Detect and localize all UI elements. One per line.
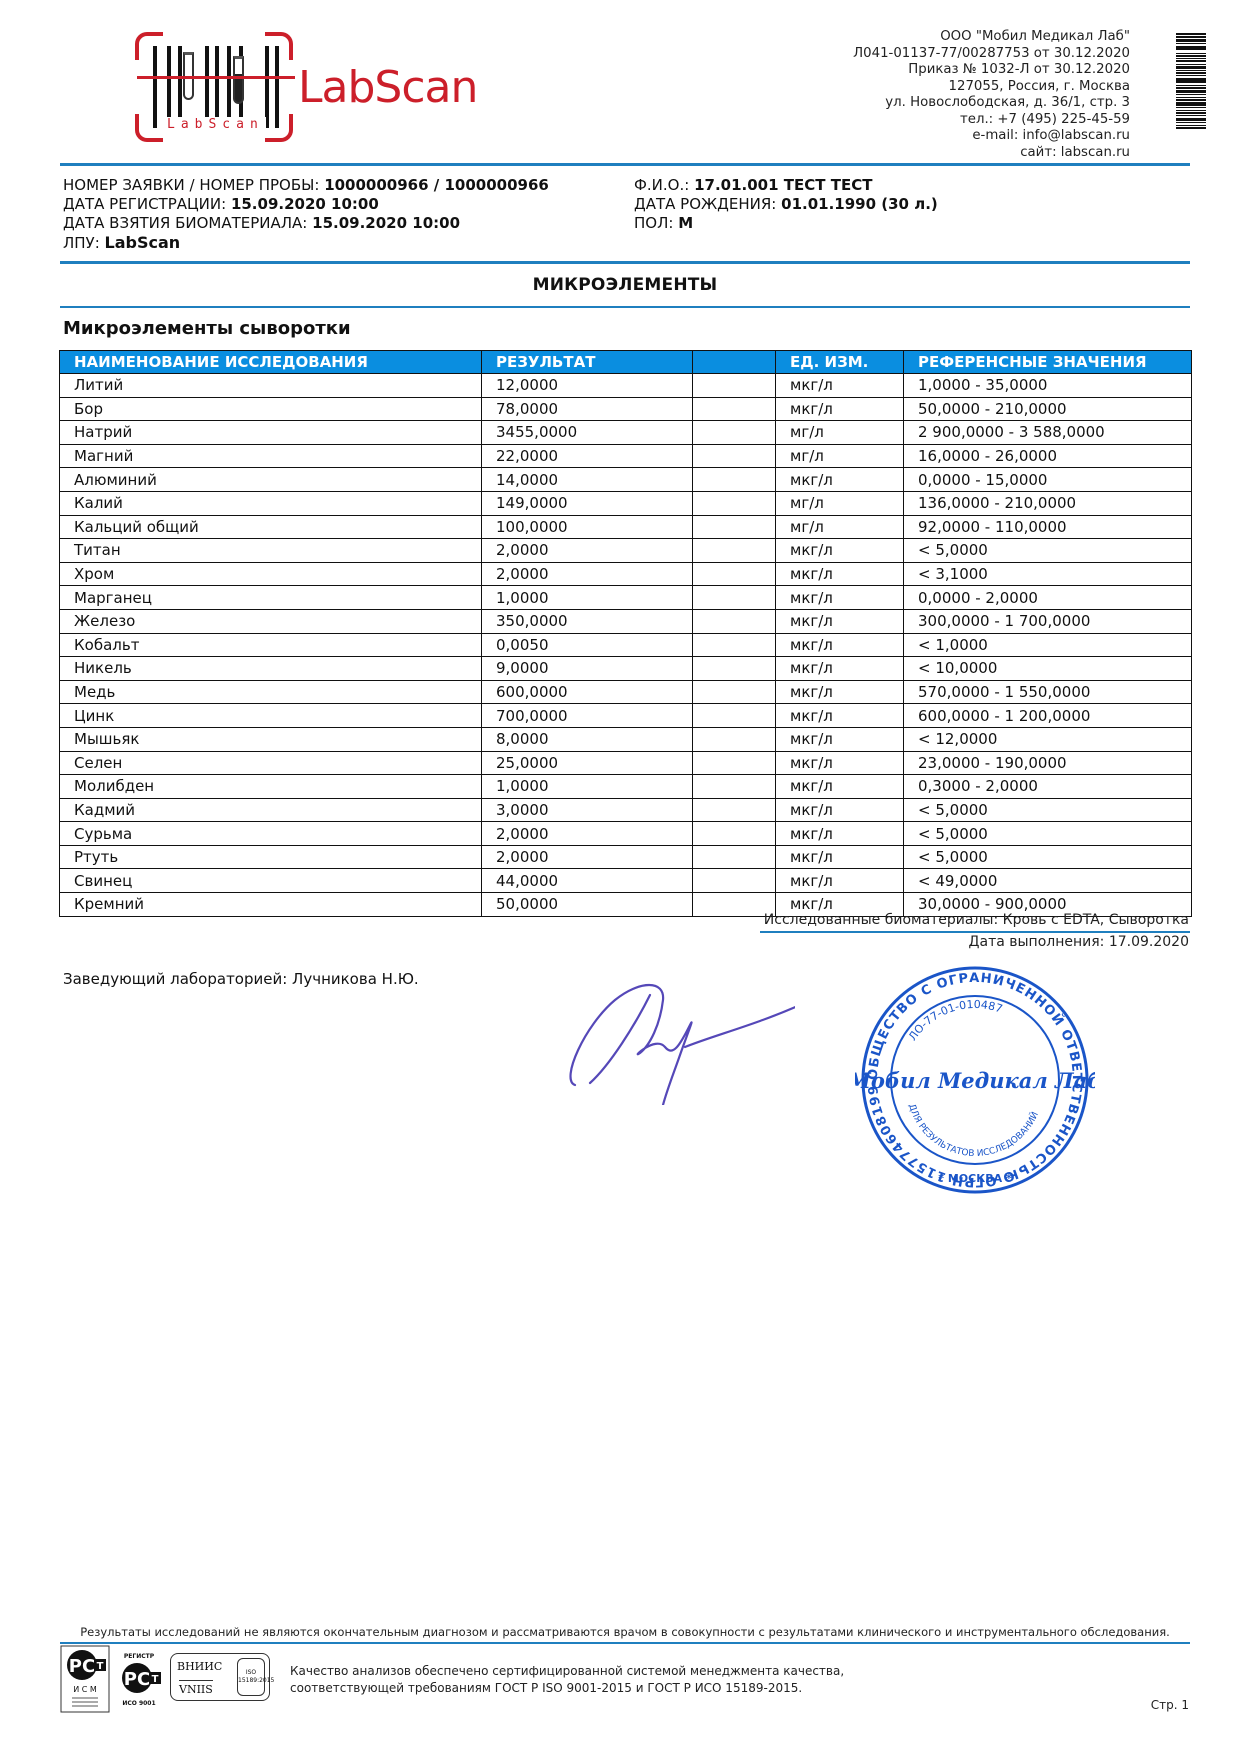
signature-image <box>555 965 795 1105</box>
test-name: Марганец <box>60 586 482 610</box>
quality-statement: Качество анализов обеспечено сертифициро… <box>290 1663 844 1697</box>
unit: мг/л <box>776 515 904 539</box>
unit: мкг/л <box>776 704 904 728</box>
result-flag <box>693 751 776 775</box>
table-row: Ртуть2,0000мкг/л< 5,0000 <box>60 845 1192 869</box>
test-name: Селен <box>60 751 482 775</box>
certification-logos: РС Т И С М РЕГИСТР РС Т ИСО 9001 ВНИИС V… <box>60 1645 275 1715</box>
test-tube-icon <box>233 56 244 104</box>
reference-range: 136,0000 - 210,0000 <box>904 491 1192 515</box>
reference-range: < 3,1000 <box>904 562 1192 586</box>
result-flag <box>693 444 776 468</box>
rst-ism-certificate-icon: РС Т И С М <box>60 1645 110 1713</box>
result-value: 44,0000 <box>482 869 693 893</box>
test-name: Молибден <box>60 775 482 799</box>
result-value: 2,0000 <box>482 562 693 586</box>
barcode-icon <box>153 46 283 128</box>
page-number: Стр. 1 <box>1151 1698 1189 1712</box>
reference-range: < 5,0000 <box>904 539 1192 563</box>
result-value: 0,0050 <box>482 633 693 657</box>
result-flag <box>693 491 776 515</box>
svg-text:РС: РС <box>124 1669 150 1690</box>
test-name: Ртуть <box>60 845 482 869</box>
test-name: Бор <box>60 397 482 421</box>
table-row: Кадмий3,0000мкг/л< 5,0000 <box>60 798 1192 822</box>
patient-name-row: Ф.И.О.: 17.01.001 ТЕСТ ТЕСТ <box>634 176 938 195</box>
birth-date: 01.01.1990 (30 л.) <box>781 195 938 213</box>
test-name: Кальций общий <box>60 515 482 539</box>
result-value: 2,0000 <box>482 822 693 846</box>
stamp-center-text: «Мобил Медикал Лаб» <box>855 1068 1095 1093</box>
divider <box>60 1642 1190 1644</box>
rst-iso9001-registry-icon: РЕГИСТР РС Т ИСО 9001 <box>115 1650 165 1710</box>
unit: мкг/л <box>776 798 904 822</box>
unit: мкг/л <box>776 586 904 610</box>
unit: мкг/л <box>776 374 904 398</box>
stamp-license: ЛО-77-01-010487 <box>906 998 1004 1043</box>
test-name: Магний <box>60 444 482 468</box>
test-name: Цинк <box>60 704 482 728</box>
table-row: Магний22,0000мг/л16,0000 - 26,0000 <box>60 444 1192 468</box>
logo-brand-text: LabScan <box>298 62 477 113</box>
scan-line <box>137 76 295 79</box>
sex-value: М <box>678 214 693 232</box>
birth-date-row: ДАТА РОЖДЕНИЯ: 01.01.1990 (30 л.) <box>634 195 938 214</box>
result-value: 3455,0000 <box>482 421 693 445</box>
result-flag <box>693 397 776 421</box>
divider <box>60 306 1190 308</box>
company-info: ООО "Мобил Медикал Лаб" Л041-01137-77/00… <box>853 29 1130 161</box>
unit: мкг/л <box>776 775 904 799</box>
biomaterials-note: Исследованные биоматериалы: Кровь с EDTA… <box>764 912 1189 928</box>
patient-name: 17.01.001 ТЕСТ ТЕСТ <box>694 176 872 194</box>
registration-date-row: ДАТА РЕГИСТРАЦИИ: 15.09.2020 10:00 <box>63 195 549 214</box>
test-name: Железо <box>60 609 482 633</box>
vniis-certificate-icon: ВНИИС VNIIS ISO 15189:2015 <box>170 1653 270 1701</box>
reference-range: < 5,0000 <box>904 798 1192 822</box>
company-email: e-mail: info@labscan.ru <box>853 128 1130 145</box>
order-number-row: НОМЕР ЗАЯВКИ / НОМЕР ПРОБЫ: 1000000966 /… <box>63 176 549 195</box>
reference-range: 1,0000 - 35,0000 <box>904 374 1192 398</box>
unit: мкг/л <box>776 397 904 421</box>
result-flag <box>693 562 776 586</box>
svg-text:И С М: И С М <box>73 1685 97 1694</box>
column-header-name: НАИМЕНОВАНИЕ ИССЛЕДОВАНИЯ <box>60 351 482 374</box>
result-flag <box>693 421 776 445</box>
table-row: Свинец44,0000мкг/л< 49,0000 <box>60 869 1192 893</box>
table-row: Никель9,0000мкг/л< 10,0000 <box>60 657 1192 681</box>
table-row: Натрий3455,0000мг/л2 900,0000 - 3 588,00… <box>60 421 1192 445</box>
company-site: сайт: labscan.ru <box>853 145 1130 162</box>
unit: мг/л <box>776 491 904 515</box>
table-row: Кальций общий100,0000мг/л92,0000 - 110,0… <box>60 515 1192 539</box>
svg-text:РЕГИСТР: РЕГИСТР <box>124 1653 155 1660</box>
table-row: Марганец1,0000мкг/л0,0000 - 2,0000 <box>60 586 1192 610</box>
reference-range: < 5,0000 <box>904 822 1192 846</box>
result-flag <box>693 586 776 610</box>
result-value: 2,0000 <box>482 539 693 563</box>
table-row: Титан2,0000мкг/л< 5,0000 <box>60 539 1192 563</box>
result-value: 1,0000 <box>482 586 693 610</box>
unit: мкг/л <box>776 751 904 775</box>
result-value: 50,0000 <box>482 893 693 917</box>
test-name: Кадмий <box>60 798 482 822</box>
result-flag <box>693 845 776 869</box>
registration-date: 15.09.2020 10:00 <box>231 195 379 213</box>
svg-text:ИСО 9001: ИСО 9001 <box>122 1700 155 1707</box>
results-table: НАИМЕНОВАНИЕ ИССЛЕДОВАНИЯ РЕЗУЛЬТАТ ЕД. … <box>59 350 1192 917</box>
logo-small-text: LabScan <box>165 117 266 132</box>
result-flag <box>693 704 776 728</box>
table-row: Медь600,0000мкг/л570,0000 - 1 550,0000 <box>60 680 1192 704</box>
labscan-logo: LabScan LabScan <box>135 32 505 150</box>
result-flag <box>693 657 776 681</box>
table-row: Селен25,0000мкг/л23,0000 - 190,0000 <box>60 751 1192 775</box>
result-flag <box>693 539 776 563</box>
sample-date-row: ДАТА ВЗЯТИЯ БИОМАТЕРИАЛА: 15.09.2020 10:… <box>63 214 549 233</box>
subsection-title: Микроэлементы сыворотки <box>63 318 351 339</box>
result-value: 25,0000 <box>482 751 693 775</box>
test-name: Мышьяк <box>60 727 482 751</box>
order-info: НОМЕР ЗАЯВКИ / НОМЕР ПРОБЫ: 1000000966 /… <box>63 176 549 253</box>
test-name: Хром <box>60 562 482 586</box>
unit: мг/л <box>776 444 904 468</box>
result-value: 8,0000 <box>482 727 693 751</box>
patient-info: Ф.И.О.: 17.01.001 ТЕСТ ТЕСТ ДАТА РОЖДЕНИ… <box>634 176 938 233</box>
result-flag <box>693 680 776 704</box>
table-row: Бор78,0000мкг/л50,0000 - 210,0000 <box>60 397 1192 421</box>
reference-range: < 10,0000 <box>904 657 1192 681</box>
test-name: Сурьма <box>60 822 482 846</box>
test-name: Натрий <box>60 421 482 445</box>
table-row: Сурьма2,0000мкг/л< 5,0000 <box>60 822 1192 846</box>
test-name: Кобальт <box>60 633 482 657</box>
reference-range: 16,0000 - 26,0000 <box>904 444 1192 468</box>
result-flag <box>693 633 776 657</box>
result-value: 22,0000 <box>482 444 693 468</box>
result-value: 700,0000 <box>482 704 693 728</box>
reference-range: 92,0000 - 110,0000 <box>904 515 1192 539</box>
test-name: Никель <box>60 657 482 681</box>
vertical-barcode <box>1176 33 1206 159</box>
reference-range: 0,0000 - 2,0000 <box>904 586 1192 610</box>
reference-range: < 12,0000 <box>904 727 1192 751</box>
column-header-flag <box>693 351 776 374</box>
order-number: 1000000966 / 1000000966 <box>324 176 549 194</box>
test-name: Медь <box>60 680 482 704</box>
reference-range: < 49,0000 <box>904 869 1192 893</box>
unit: мкг/л <box>776 562 904 586</box>
test-name: Алюминий <box>60 468 482 492</box>
result-flag <box>693 374 776 398</box>
svg-text:ЛО-77-01-010487: ЛО-77-01-010487 <box>906 998 1004 1043</box>
test-name: Свинец <box>60 869 482 893</box>
result-flag <box>693 869 776 893</box>
table-row: Молибден1,0000мкг/л0,3000 - 2,0000 <box>60 775 1192 799</box>
company-license: Л041-01137-77/00287753 от 30.12.2020 <box>853 46 1130 63</box>
table-row: Литий12,0000мкг/л1,0000 - 35,0000 <box>60 374 1192 398</box>
execution-date: Дата выполнения: 17.09.2020 <box>969 934 1189 950</box>
svg-text:Т: Т <box>97 1661 104 1672</box>
table-row: Цинк700,0000мкг/л600,0000 - 1 200,0000 <box>60 704 1192 728</box>
reference-range: 0,3000 - 2,0000 <box>904 775 1192 799</box>
table-row: Железо350,0000мкг/л300,0000 - 1 700,0000 <box>60 609 1192 633</box>
unit: мкг/л <box>776 822 904 846</box>
column-header-reference: РЕФЕРЕНСНЫЕ ЗНАЧЕНИЯ <box>904 351 1192 374</box>
result-value: 149,0000 <box>482 491 693 515</box>
test-name: Калий <box>60 491 482 515</box>
unit: мг/л <box>776 421 904 445</box>
result-flag <box>693 798 776 822</box>
test-name: Литий <box>60 374 482 398</box>
divider <box>760 931 1190 933</box>
company-city: 127055, Россия, г. Москва <box>853 79 1130 96</box>
result-value: 350,0000 <box>482 609 693 633</box>
table-row: Калий149,0000мг/л136,0000 - 210,0000 <box>60 491 1192 515</box>
lpu-value: LabScan <box>105 233 181 252</box>
reference-range: 2 900,0000 - 3 588,0000 <box>904 421 1192 445</box>
reference-range: 570,0000 - 1 550,0000 <box>904 680 1192 704</box>
reference-range: 23,0000 - 190,0000 <box>904 751 1192 775</box>
column-header-unit: ЕД. ИЗМ. <box>776 351 904 374</box>
result-flag <box>693 822 776 846</box>
result-value: 14,0000 <box>482 468 693 492</box>
reference-range: 300,0000 - 1 700,0000 <box>904 609 1192 633</box>
column-header-result: РЕЗУЛЬТАТ <box>482 351 693 374</box>
unit: мкг/л <box>776 845 904 869</box>
result-flag <box>693 468 776 492</box>
result-value: 600,0000 <box>482 680 693 704</box>
divider <box>60 163 1190 166</box>
unit: мкг/л <box>776 633 904 657</box>
company-street: ул. Новослободская, д. 36/1, стр. 3 <box>853 95 1130 112</box>
head-of-lab: Заведующий лабораторией: Лучникова Н.Ю. <box>63 970 419 988</box>
result-flag <box>693 515 776 539</box>
sample-date: 15.09.2020 10:00 <box>312 214 460 232</box>
table-row: Кобальт0,0050мкг/л< 1,0000 <box>60 633 1192 657</box>
disclaimer: Результаты исследований не являются окон… <box>60 1625 1190 1639</box>
company-phone: тел.: +7 (495) 225-45-59 <box>853 112 1130 129</box>
divider <box>60 261 1190 264</box>
lpu-row: ЛПУ: LabScan <box>63 233 549 253</box>
result-value: 12,0000 <box>482 374 693 398</box>
result-value: 100,0000 <box>482 515 693 539</box>
table-header-row: НАИМЕНОВАНИЕ ИССЛЕДОВАНИЯ РЕЗУЛЬТАТ ЕД. … <box>60 351 1192 374</box>
table-row: Мышьяк8,0000мкг/л< 12,0000 <box>60 727 1192 751</box>
test-name: Титан <box>60 539 482 563</box>
unit: мкг/л <box>776 539 904 563</box>
reference-range: 600,0000 - 1 200,0000 <box>904 704 1192 728</box>
table-row: Хром2,0000мкг/л< 3,1000 <box>60 562 1192 586</box>
svg-text:Т: Т <box>152 1674 159 1685</box>
unit: мкг/л <box>776 609 904 633</box>
result-value: 9,0000 <box>482 657 693 681</box>
result-value: 1,0000 <box>482 775 693 799</box>
svg-text:РС: РС <box>69 1656 95 1677</box>
unit: мкг/л <box>776 468 904 492</box>
result-flag <box>693 775 776 799</box>
sex-row: ПОЛ: М <box>634 214 938 233</box>
unit: мкг/л <box>776 869 904 893</box>
stamp-city: * МОСКВА * <box>938 1172 1012 1185</box>
company-stamp: ОБЩЕСТВО С ОГРАНИЧЕННОЙ ОТВЕТСТВЕННОСТЬЮ… <box>855 960 1095 1200</box>
company-name: ООО "Мобил Медикал Лаб" <box>853 29 1130 46</box>
unit: мкг/л <box>776 680 904 704</box>
table-row: Алюминий14,0000мкг/л0,0000 - 15,0000 <box>60 468 1192 492</box>
test-name: Кремний <box>60 893 482 917</box>
section-title: МИКРОЭЛЕМЕНТЫ <box>60 275 1190 295</box>
result-flag <box>693 609 776 633</box>
result-value: 3,0000 <box>482 798 693 822</box>
unit: мкг/л <box>776 657 904 681</box>
result-value: 78,0000 <box>482 397 693 421</box>
reference-range: 50,0000 - 210,0000 <box>904 397 1192 421</box>
result-value: 2,0000 <box>482 845 693 869</box>
unit: мкг/л <box>776 727 904 751</box>
reference-range: < 1,0000 <box>904 633 1192 657</box>
company-order: Приказ № 1032-Л от 30.12.2020 <box>853 62 1130 79</box>
reference-range: 0,0000 - 15,0000 <box>904 468 1192 492</box>
reference-range: < 5,0000 <box>904 845 1192 869</box>
result-flag <box>693 727 776 751</box>
